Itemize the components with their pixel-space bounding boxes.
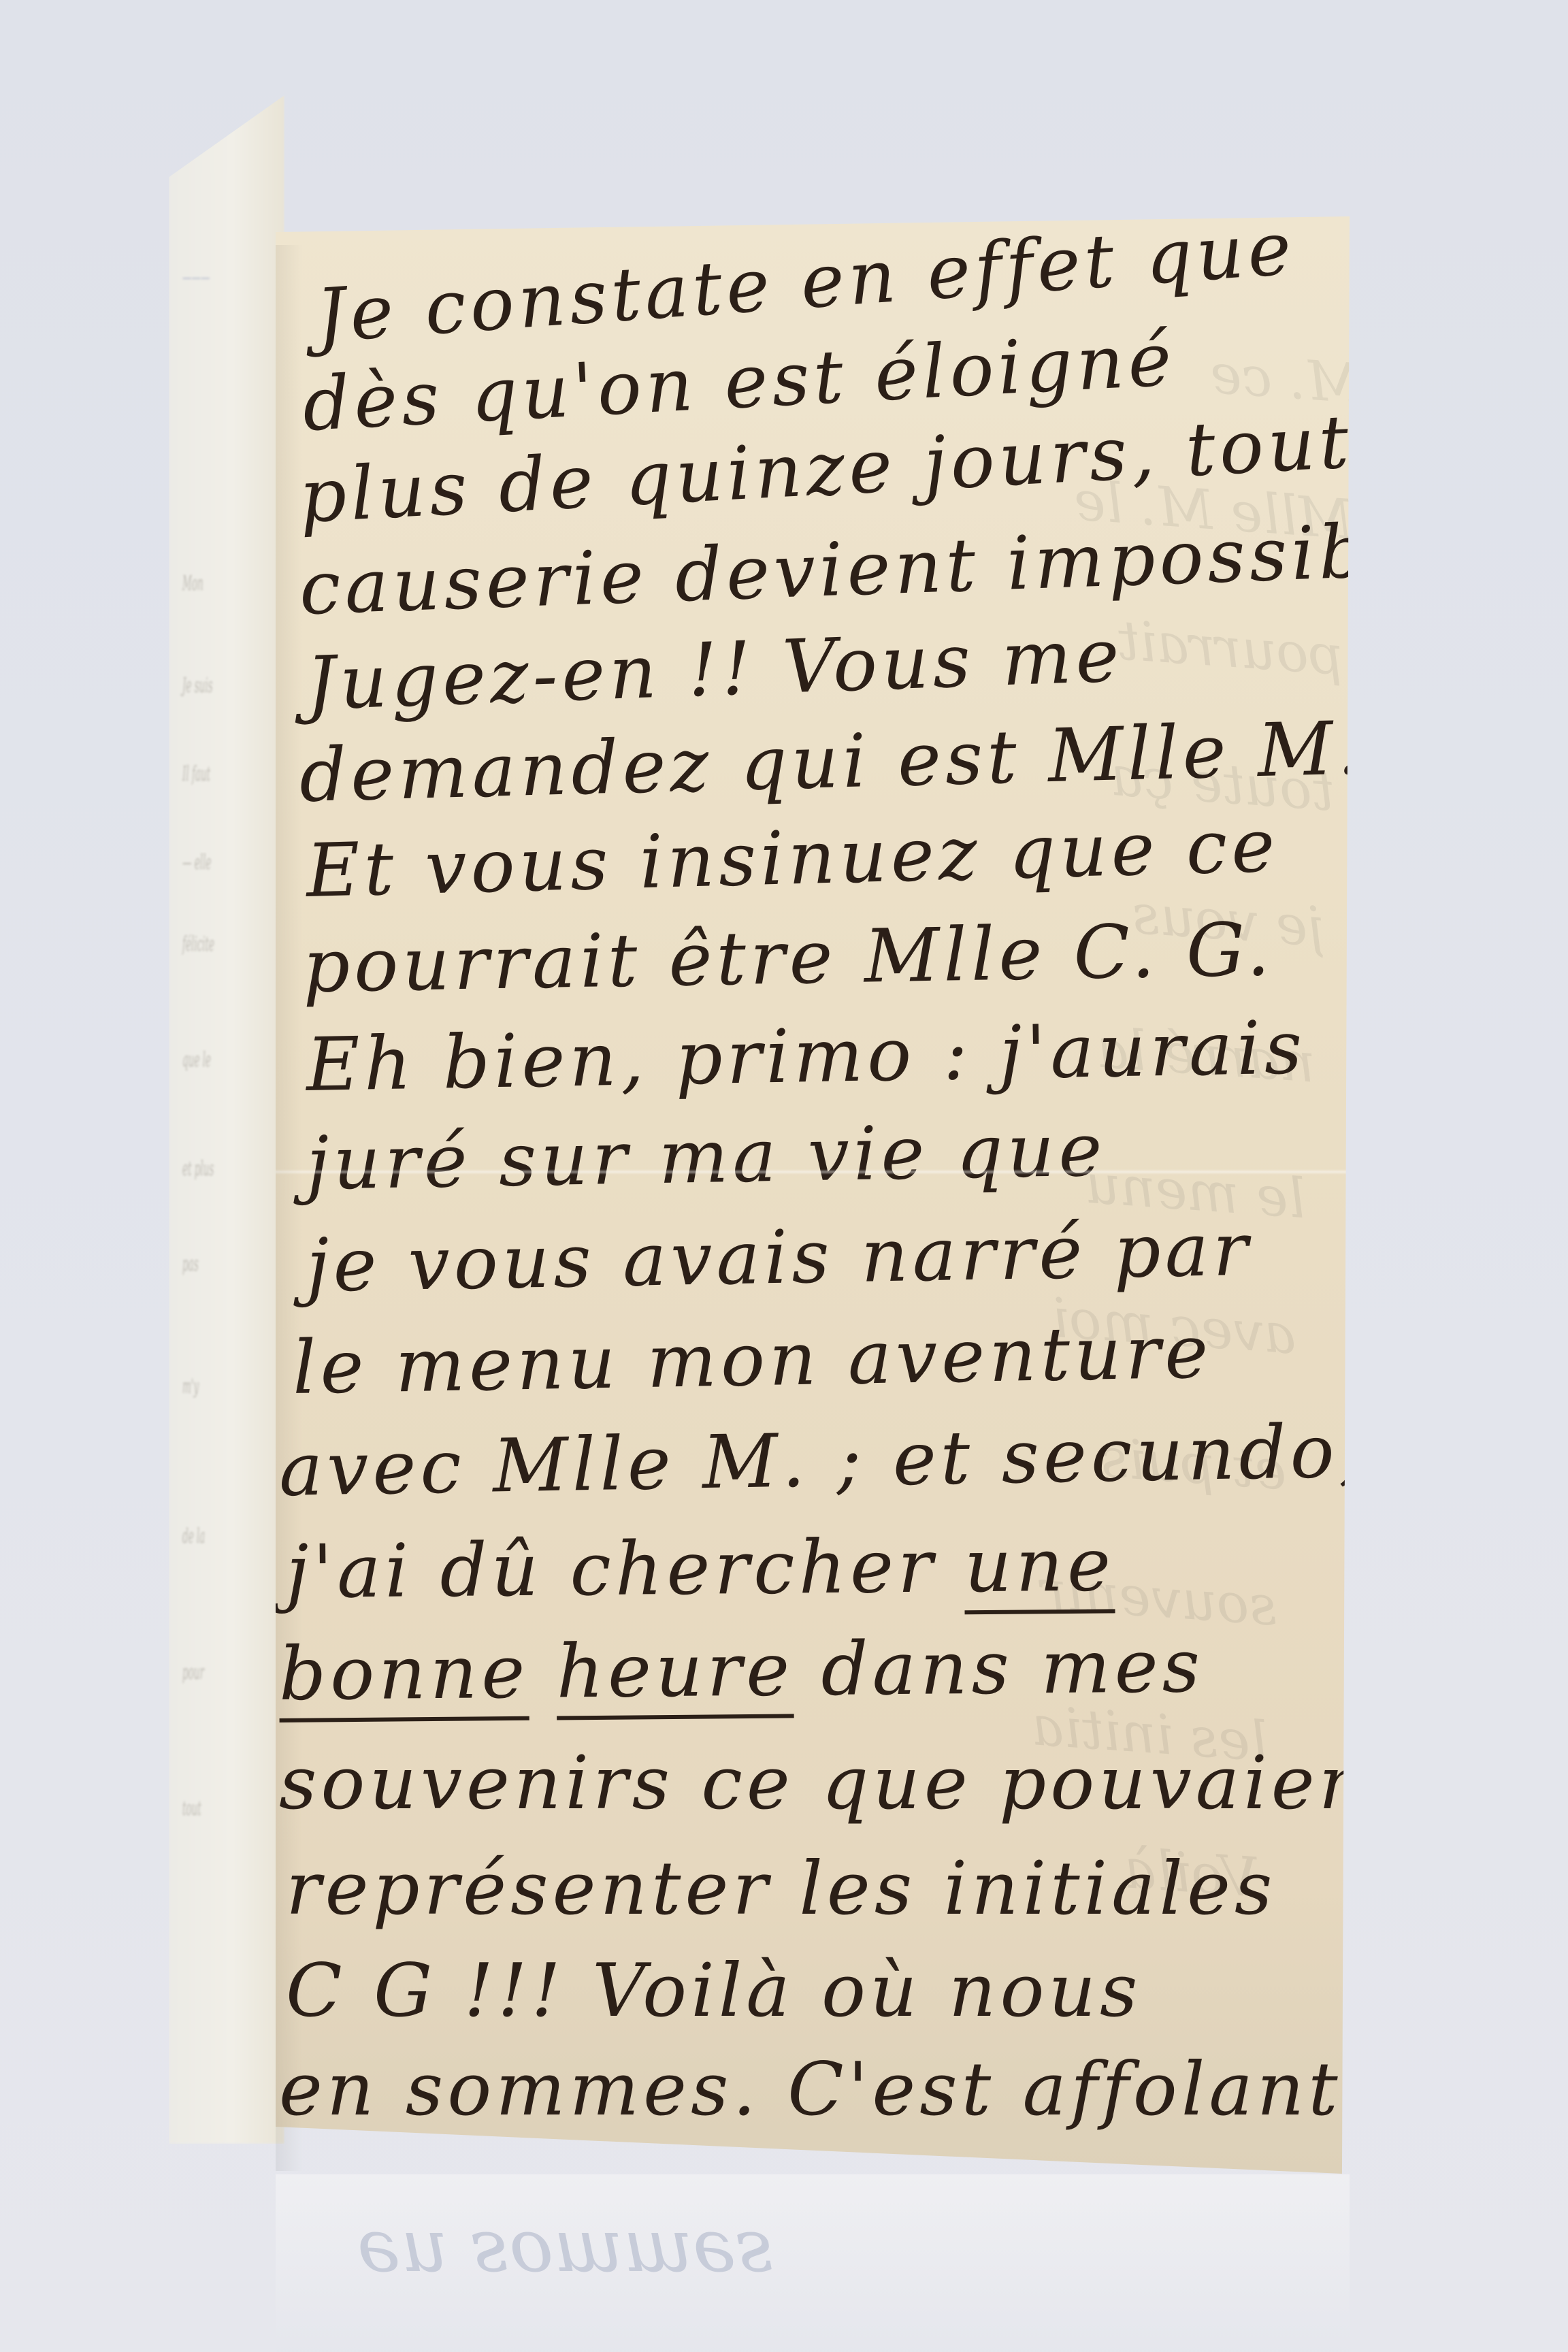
underlined-word-une: une xyxy=(964,1522,1115,1609)
leaf-ghost-line: Mon xyxy=(182,572,203,595)
leaf-ghost-line: Je suis xyxy=(182,674,213,698)
leaf-ghost-line: pour xyxy=(182,1661,204,1684)
letter-line-11: je vous avais narré par xyxy=(306,1207,1253,1309)
leaf-ghost-line: m'y xyxy=(182,1375,199,1399)
leaf-ghost-line: — elle xyxy=(182,851,211,875)
letter-body: Je constate en effet que dès qu'on est é… xyxy=(276,216,1350,2174)
reflected-text: en sommes xyxy=(357,2215,774,2300)
letter-line-10: juré sur ma vie que xyxy=(306,1107,1107,1206)
leaf-ghost-line: de la xyxy=(182,1524,205,1548)
leaf-ghost-line: et plus xyxy=(182,1157,214,1181)
letter-line-6: demandez qui est Mlle M. xyxy=(298,706,1365,819)
leaf-header-text: ——— xyxy=(182,265,210,289)
letter-line-19: en sommes. C'est affolant. xyxy=(279,2047,1369,2132)
letter-line-16: souvenirs ce que pouvaient xyxy=(279,1741,1404,1826)
letter-line-15: bonne heure dans mes xyxy=(278,1624,1204,1717)
surface-reflection: en sommes xyxy=(276,2174,1350,2352)
underlined-word-heure: heure xyxy=(556,1627,794,1714)
leaf-ghost-line: tout xyxy=(182,1797,201,1820)
leaf-ghost-line: Il faut xyxy=(182,762,210,786)
leaf-ghost-line: que le xyxy=(182,1048,211,1072)
letter-line-7: Et vous insinuez que ce xyxy=(305,804,1279,914)
letter-line-17: représenter les initiales xyxy=(286,1846,1276,1931)
letter-line-18: C G !!! Voilà où nous xyxy=(286,1948,1141,2033)
letter-line-14: j'ai dû chercher une xyxy=(285,1522,1115,1615)
underlined-word-bonne: bonne xyxy=(278,1630,529,1717)
letter-line-9: Eh bien, primo : j'aurais xyxy=(306,1005,1307,1108)
line-15-rest: dans mes xyxy=(794,1624,1205,1712)
letter-line-8: pourrait être Mlle C. G. xyxy=(302,907,1275,1009)
letter-page: M. ceMlle M. lepourraittoute çaje vousna… xyxy=(276,216,1350,2174)
fold-shadow xyxy=(276,245,303,2171)
photo-scene: ——— Mon Je suis Il faut — elle félicite … xyxy=(0,0,1568,2352)
letter-line-12: le menu mon aventure xyxy=(292,1309,1213,1411)
letter-line-5: Jugez-en !! Vous me xyxy=(305,613,1125,727)
leaf-ghost-line: pas xyxy=(182,1252,199,1276)
leaf-ghost-line: félicite xyxy=(182,932,214,956)
letter-line-13: avec Mlle M. ; et secundo, xyxy=(278,1409,1367,1513)
left-folded-leaf: ——— Mon Je suis Il faut — elle félicite … xyxy=(169,95,284,2144)
line-14-text: j'ai dû chercher xyxy=(285,1524,964,1615)
